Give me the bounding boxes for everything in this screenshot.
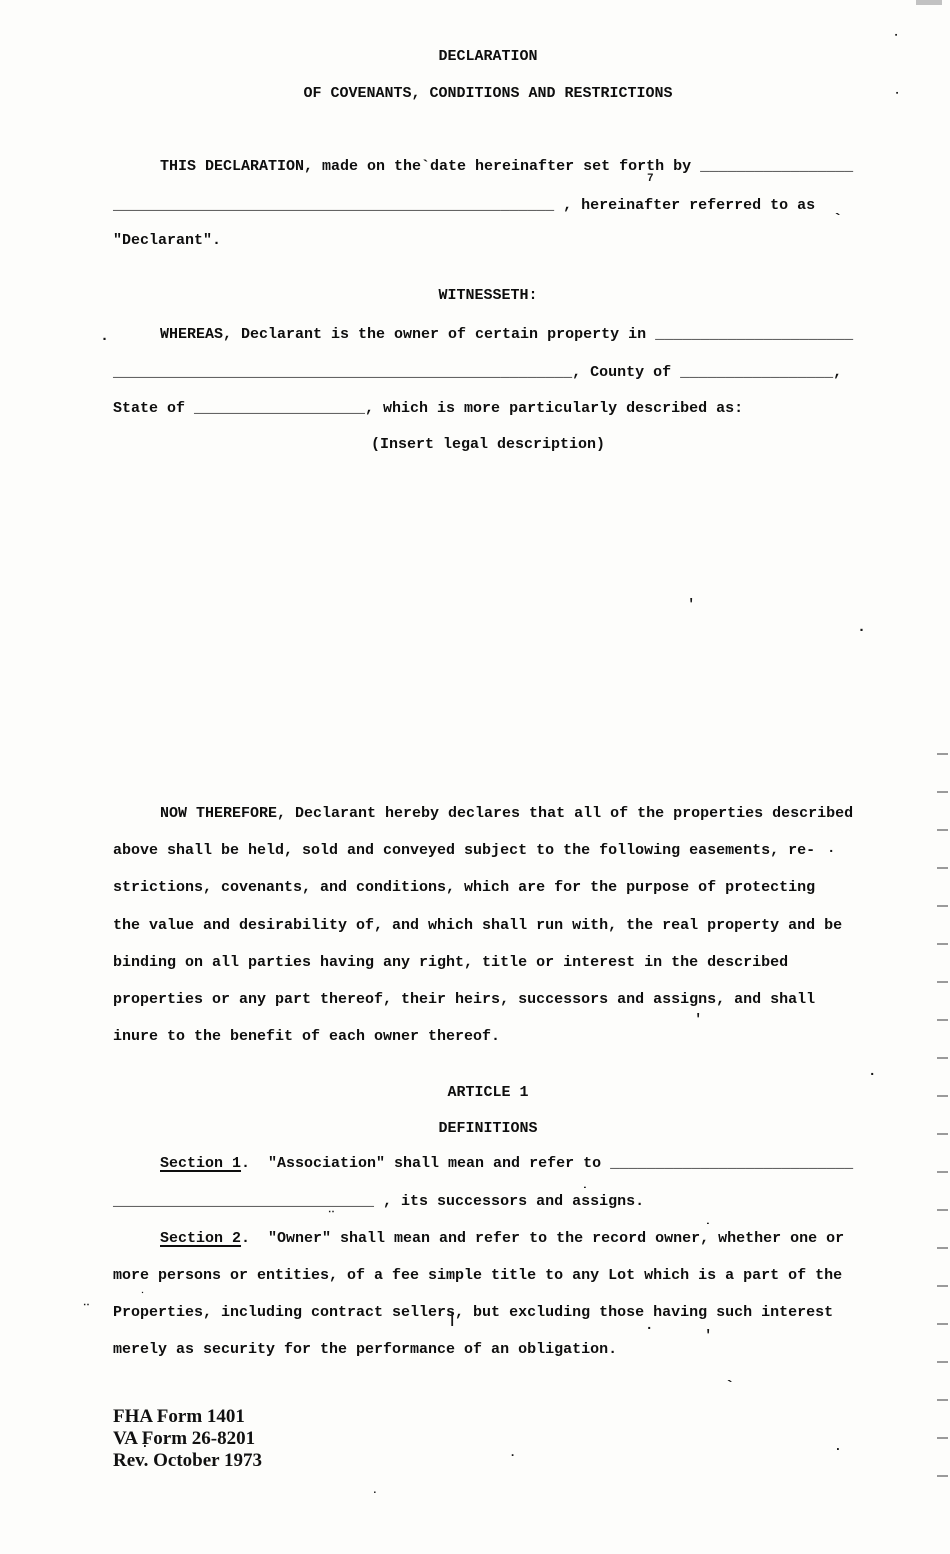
whereas-line-2: ________________________________________… <box>113 363 842 383</box>
edge-mark <box>937 1361 948 1363</box>
scan-artifact: ▪ <box>895 91 899 98</box>
section-2-line-2: more persons or entities, of a fee simpl… <box>113 1266 842 1286</box>
scan-artifact: . <box>834 1440 842 1453</box>
scan-artifact: 7 <box>647 174 654 185</box>
edge-mark <box>937 1019 948 1021</box>
edge-mark <box>937 1475 948 1477</box>
edge-mark <box>937 905 948 907</box>
edge-mark <box>937 1095 948 1097</box>
edge-mark <box>937 791 948 793</box>
intro-line-3-declarant: "Declarant". <box>113 231 221 251</box>
scan-artifact: . <box>509 1447 516 1459</box>
section-2-line-1: Section 2. "Owner" shall mean and refer … <box>160 1229 844 1249</box>
scan-artifact: . <box>141 1437 149 1450</box>
edge-mark <box>937 981 948 983</box>
edge-mark <box>937 1209 948 1211</box>
scan-artifact: ` <box>833 212 843 228</box>
section-2-label: Section 2 <box>160 1230 241 1247</box>
edge-mark <box>937 1171 948 1173</box>
edge-mark <box>937 943 948 945</box>
insert-legal-description-note: (Insert legal description) <box>113 435 863 455</box>
section-2-text: . "Owner" shall mean and refer to the re… <box>241 1230 844 1247</box>
footer-fha-form: FHA Form 1401 <box>113 1406 245 1428</box>
scan-artifact: . <box>827 842 835 856</box>
now-therefore-line-6: properties or any part thereof, their he… <box>113 990 815 1010</box>
section-1-line-1: Section 1. "Association" shall mean and … <box>160 1154 853 1174</box>
section-2-line-3: Properties, including contract sellers, … <box>113 1303 833 1323</box>
now-therefore-line-2: above shall be held, sold and conveyed s… <box>113 841 815 861</box>
scan-artifact: ' <box>694 1013 702 1027</box>
now-therefore-line-4: the value and desirability of, and which… <box>113 916 842 936</box>
scanned-document-page: DECLARATION OF COVENANTS, CONDITIONS AND… <box>0 0 950 1554</box>
scan-artifact: | <box>448 1313 456 1327</box>
whereas-line-1: WHEREAS, Declarant is the owner of certa… <box>160 325 853 345</box>
edge-mark <box>937 1133 948 1135</box>
section-1-label: Section 1 <box>160 1155 241 1172</box>
edge-mark <box>937 1285 948 1287</box>
scan-artifact: . <box>100 329 109 344</box>
edge-mark <box>937 1399 948 1401</box>
now-therefore-line-5: binding on all parties having any right,… <box>113 953 788 973</box>
section-1-line-2: _____________________________ , its succ… <box>113 1192 644 1212</box>
scan-artifact: . <box>868 1065 876 1079</box>
edge-mark <box>937 1057 948 1059</box>
edge-mark <box>937 1247 948 1249</box>
scan-artifact: . <box>645 1319 653 1333</box>
section-2-line-4: merely as security for the performance o… <box>113 1340 617 1360</box>
scan-artifact: ▪ <box>373 1490 377 1496</box>
now-therefore-line-1: NOW THEREFORE, Declarant hereby declares… <box>160 804 853 824</box>
article-1-heading: ARTICLE 1 <box>113 1083 863 1103</box>
now-therefore-line-3: strictions, covenants, and conditions, w… <box>113 878 815 898</box>
edge-top-bar <box>916 0 942 5</box>
scan-artifact: . <box>857 620 866 635</box>
edge-mark <box>937 1437 948 1439</box>
witnesseth-heading: WITNESSETH: <box>113 286 863 306</box>
section-1-text: . "Association" shall mean and refer to … <box>241 1155 853 1172</box>
scan-artifact: ` <box>725 1379 735 1395</box>
scan-artifact: ' <box>704 1329 712 1343</box>
edge-mark <box>937 1323 948 1325</box>
whereas-line-3: State of ___________________, which is m… <box>113 399 743 419</box>
scan-artifact: ▪ <box>894 33 898 40</box>
scan-artifact: ˙ <box>704 1222 712 1235</box>
scan-artifact: ‥ <box>328 1206 335 1216</box>
footer-va-form: VA Form 26-8201 <box>113 1428 255 1450</box>
now-therefore-line-7: inure to the benefit of each owner there… <box>113 1027 500 1047</box>
edge-mark <box>937 829 948 831</box>
edge-mark <box>937 753 948 755</box>
doc-subtitle: OF COVENANTS, CONDITIONS AND RESTRICTION… <box>113 84 863 104</box>
definitions-heading: DEFINITIONS <box>113 1119 863 1139</box>
scan-artifact: ▪ <box>141 1291 144 1296</box>
edge-mark <box>937 867 948 869</box>
scan-artifact: ‥ <box>83 1299 90 1309</box>
intro-line-1: THIS DECLARATION, made on the`date herei… <box>160 157 853 177</box>
footer-rev-date: Rev. October 1973 <box>113 1450 262 1472</box>
scan-artifact: ˙ <box>581 1186 589 1199</box>
doc-title: DECLARATION <box>113 47 863 67</box>
scan-artifact: ' <box>687 598 695 612</box>
intro-line-2: ________________________________________… <box>113 196 815 216</box>
